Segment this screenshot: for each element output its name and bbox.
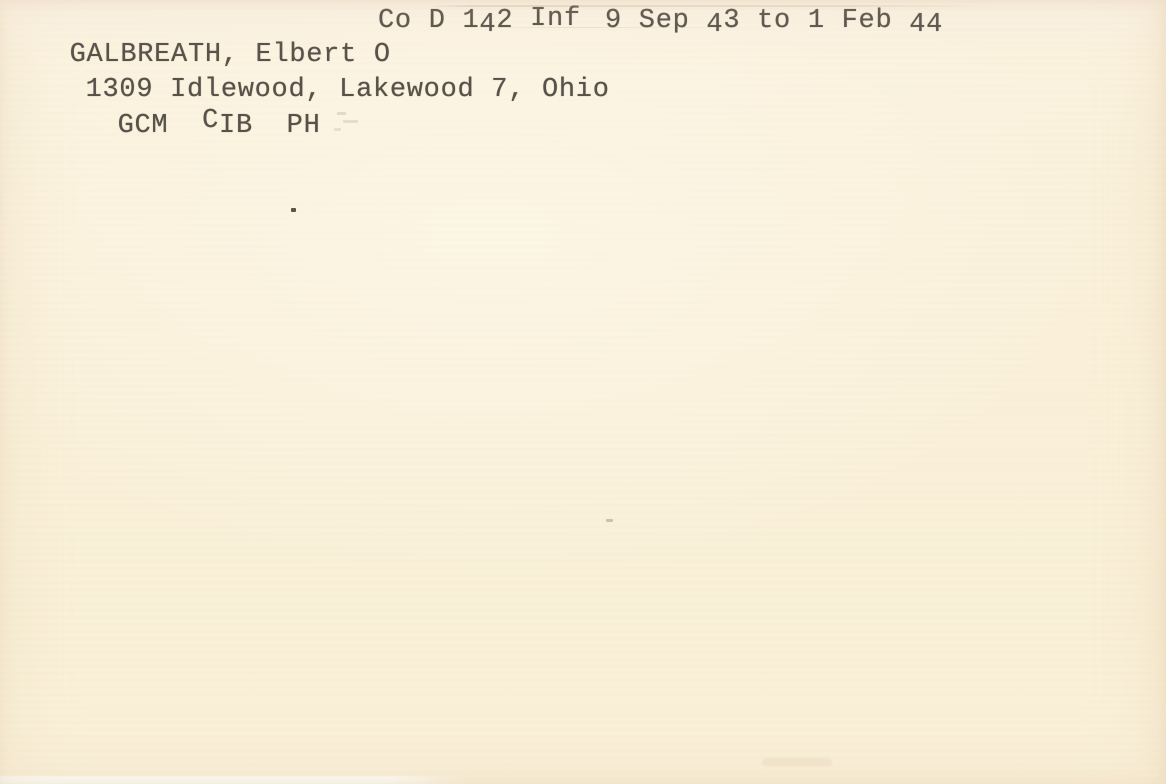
typed-line-1: GALBREATH, Elbert O Co D 142 Inf 9 Sep 4… — [2, 4, 1042, 40]
unit-text-suffix: 2 — [496, 6, 530, 36]
unit-inf-abbrev: Inf — [530, 2, 581, 36]
dates-lowered-four-2: 44 — [909, 8, 943, 42]
index-card-scan: GALBREATH, Elbert O Co D 142 Inf 9 Sep 4… — [0, 0, 1166, 784]
paper-smear — [762, 758, 832, 766]
unit-designation: Co D 142 Inf — [378, 4, 581, 38]
faint-speck — [606, 519, 613, 522]
award-gcm: GCM — [118, 111, 203, 141]
bleedthrough-smudge — [334, 128, 341, 131]
bleedthrough-smudge — [337, 112, 346, 115]
service-dates: 9 Sep 43 to 1 Feb 44 — [605, 4, 943, 38]
dates-lowered-four-1: 4 — [706, 8, 723, 42]
award-cib-raised-c: C — [202, 104, 219, 138]
award-ph: PH — [287, 111, 321, 141]
ink-speck — [291, 208, 296, 212]
dates-text-1: 9 Sep — [605, 6, 706, 36]
bleedthrough-smudge — [343, 120, 358, 123]
award-cib-rest: IB — [219, 111, 287, 141]
unit-lowered-four: 4 — [479, 8, 496, 42]
dates-text-2: 3 to 1 Feb — [723, 6, 909, 36]
typed-line-3-awards: GCM CIB PH — [50, 75, 320, 177]
unit-text-prefix: Co D 1 — [378, 6, 479, 36]
scan-edge-highlight — [0, 776, 470, 784]
